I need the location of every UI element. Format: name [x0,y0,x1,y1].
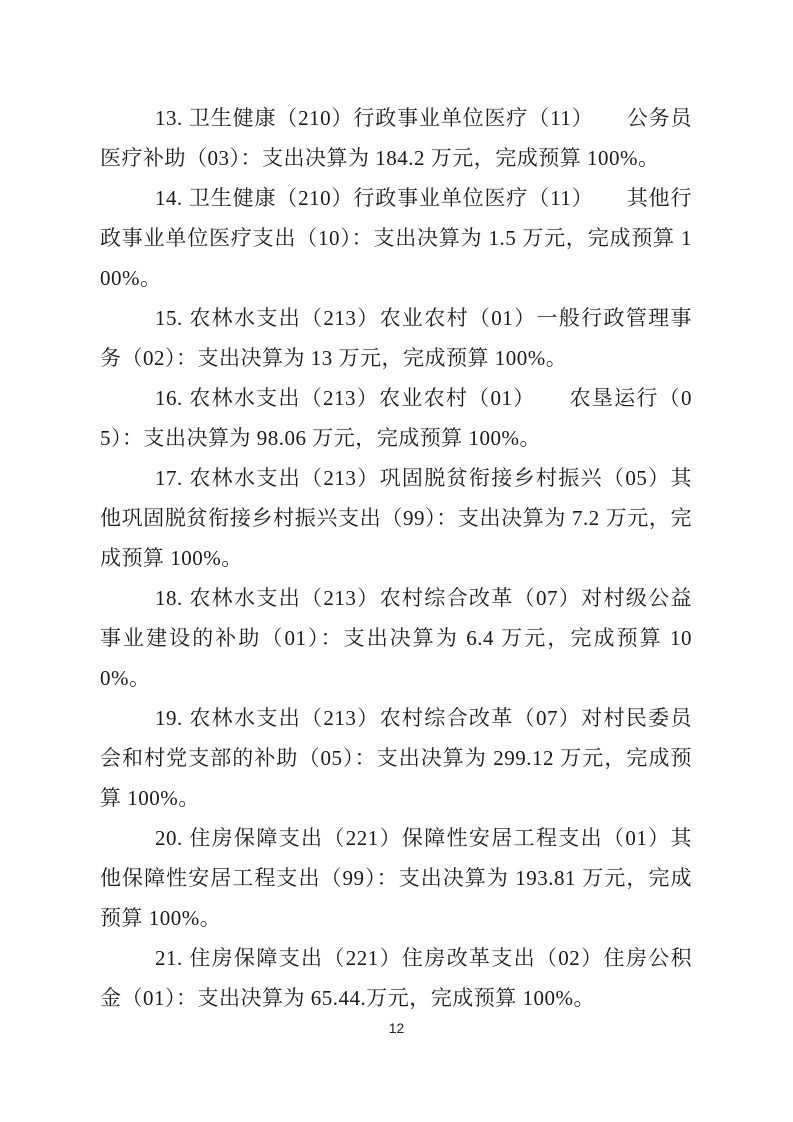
budget-item-paragraph: 21. 住房保障支出（221）住房改革支出（02）住房公积金（01）：支出决算为… [100,938,692,1018]
page-number: 12 [0,1020,793,1036]
budget-item-paragraph: 16. 农林水支出（213）农业农村（01） 农垦运行（05）：支出决算为 98… [100,378,692,458]
budget-item-paragraph: 20. 住房保障支出（221）保障性安居工程支出（01）其他保障性安居工程支出（… [100,818,692,938]
budget-item-paragraph: 17. 农林水支出（213）巩固脱贫衔接乡村振兴（05）其他巩固脱贫衔接乡村振兴… [100,458,692,578]
budget-item-paragraph: 13. 卫生健康（210）行政事业单位医疗（11） 公务员医疗补助（03）：支出… [100,98,692,178]
budget-item-paragraph: 19. 农林水支出（213）农村综合改革（07）对村民委员会和村党支部的补助（0… [100,698,692,818]
budget-item-paragraph: 15. 农林水支出（213）农业农村（01）一般行政管理事务（02）：支出决算为… [100,298,692,378]
budget-item-paragraph: 18. 农林水支出（213）农村综合改革（07）对村级公益事业建设的补助（01）… [100,578,692,698]
budget-item-paragraph: 14. 卫生健康（210）行政事业单位医疗（11） 其他行政事业单位医疗支出（1… [100,178,692,298]
document-page: 13. 卫生健康（210）行政事业单位医疗（11） 公务员医疗补助（03）：支出… [0,0,793,1122]
body-text-block: 13. 卫生健康（210）行政事业单位医疗（11） 公务员医疗补助（03）：支出… [100,98,692,1018]
